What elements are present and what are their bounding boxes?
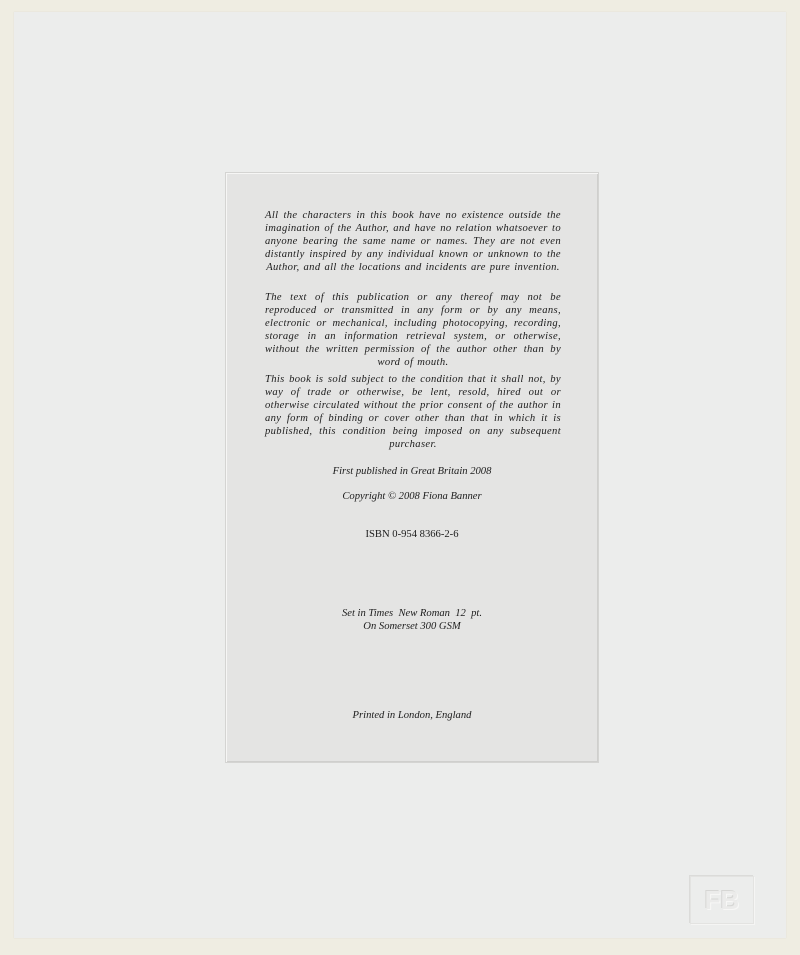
blindstamp-monogram: FB	[690, 876, 754, 924]
sale-conditions-paragraph: This book is sold subject to the conditi…	[265, 374, 561, 451]
printed-in-line: Printed in London, England	[226, 710, 598, 723]
copyright-line: Copyright © 2008 Fiona Banner	[226, 491, 598, 504]
typeset-line: Set in Times New Roman 12 pt.	[226, 608, 598, 621]
first-published-line: First published in Great Britain 2008	[226, 466, 598, 479]
paper-stock-line: On Somerset 300 GSM	[226, 621, 598, 634]
etched-plate: All the characters in this book have no …	[225, 172, 599, 763]
copyright-notice-paragraph: The text of this publication or any ther…	[265, 292, 561, 369]
paper-sheet: All the characters in this book have no …	[14, 12, 786, 938]
disclaimer-paragraph: All the characters in this book have no …	[265, 210, 561, 275]
isbn-line: ISBN 0-954 8366-2-6	[226, 529, 598, 542]
